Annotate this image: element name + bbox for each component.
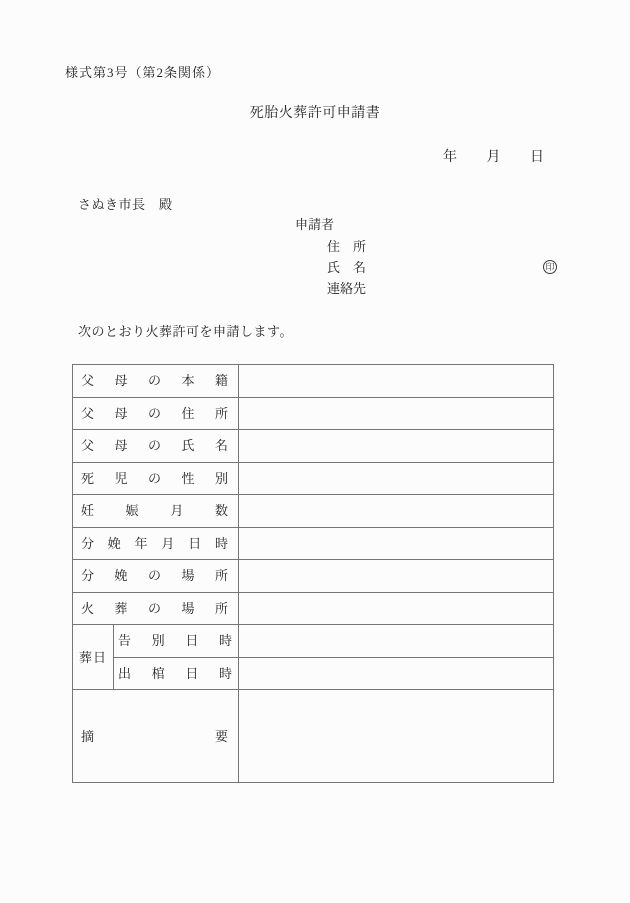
table-row-parents-address: 父 母 の 住 所	[73, 397, 554, 430]
row-value-cell	[239, 397, 554, 430]
form-number: 様式第3号（第2条関係）	[65, 66, 220, 79]
row-label: 火 葬 の 場 所	[73, 592, 239, 625]
row-label: 告 別 日 時	[114, 625, 239, 658]
addressee: さぬき市長 殿	[78, 198, 173, 211]
row-label: 父 母 の 本 籍	[73, 365, 239, 398]
row-label: 摘 要	[73, 690, 239, 783]
row-value-cell	[239, 365, 554, 398]
row-value-cell	[239, 625, 554, 658]
intro-sentence: 次のとおり火葬許可を申請します。	[78, 325, 293, 338]
table-row-child-sex: 死 児 の 性 別	[73, 462, 554, 495]
row-label: 出 棺 日 時	[114, 657, 239, 690]
date-line: 年 月 日	[443, 151, 544, 165]
applicant-contact-label: 連絡先	[327, 282, 366, 295]
funeral-day-group-label: 葬日	[73, 625, 114, 690]
row-label: 分 娩 の 場 所	[73, 560, 239, 593]
table-row-parents-domicile: 父 母 の 本 籍	[73, 365, 554, 398]
row-value-cell	[239, 495, 554, 528]
applicant-label: 申請者	[295, 218, 334, 231]
month-label: 月	[487, 151, 501, 165]
table-row-coffin-departure-datetime: 出 棺 日 時	[73, 657, 554, 690]
application-form-page: 様式第3号（第2条関係） 死胎火葬許可申請書 年 月 日 さぬき市長 殿 申請者…	[0, 0, 630, 903]
row-value-cell	[239, 527, 554, 560]
row-value-cell	[239, 430, 554, 463]
year-label: 年	[443, 151, 457, 165]
row-label: 死 児 の 性 別	[73, 462, 239, 495]
row-value-cell	[239, 690, 554, 783]
applicant-address-label: 住 所	[327, 240, 366, 253]
table-row-pregnancy-months: 妊 娠 月 数	[73, 495, 554, 528]
table-row-delivery-place: 分 娩 の 場 所	[73, 560, 554, 593]
row-value-cell	[239, 657, 554, 690]
row-value-cell	[239, 560, 554, 593]
row-value-cell	[239, 592, 554, 625]
day-label: 日	[530, 151, 544, 165]
table-row-parents-name: 父 母 の 氏 名	[73, 430, 554, 463]
applicant-name-label: 氏 名	[327, 261, 366, 274]
row-label: 分 娩 年 月 日 時	[73, 527, 239, 560]
table-row-farewell-datetime: 葬日 告 別 日 時	[73, 625, 554, 658]
table-row-remarks: 摘 要	[73, 690, 554, 783]
table-row-cremation-place: 火 葬 の 場 所	[73, 592, 554, 625]
row-label: 妊 娠 月 数	[73, 495, 239, 528]
document-title: 死胎火葬許可申請書	[0, 107, 630, 121]
row-value-cell	[239, 462, 554, 495]
seal-mark-icon: 印	[543, 260, 557, 274]
row-label: 父 母 の 氏 名	[73, 430, 239, 463]
row-label: 父 母 の 住 所	[73, 397, 239, 430]
application-table: 父 母 の 本 籍 父 母 の 住 所 父 母 の 氏 名 死 児 の 性 別 …	[72, 364, 554, 783]
table-row-delivery-datetime: 分 娩 年 月 日 時	[73, 527, 554, 560]
